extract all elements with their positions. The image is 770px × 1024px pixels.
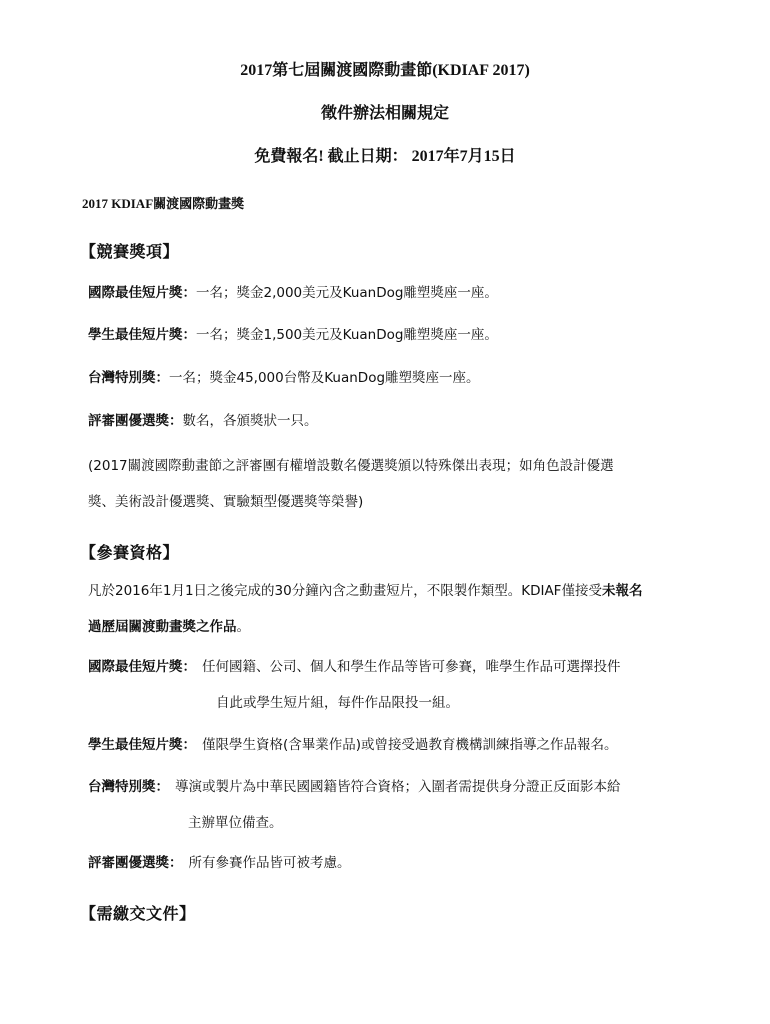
eligibility-intro-emphasis: 過歷屆關渡動畫獎之作品 [88, 619, 237, 635]
eligibility-item: 台灣特別獎：導演或製片為中華民國國籍皆符合資格；入圍者需提供身分證正反面影本給 [88, 781, 621, 795]
eligibility-text: 導演或製片為中華民國國籍皆符合資格；入圍者需提供身分證正反面影本給 [175, 779, 621, 795]
award-item: 學生最佳短片獎：一名；獎金1,500美元及KuanDog雕塑獎座一座。 [88, 329, 498, 343]
award-item: 國際最佳短片獎：一名；獎金2,000美元及KuanDog雕塑獎座一座。 [88, 287, 498, 301]
award-label: 評審團優選獎： [88, 413, 183, 429]
document-subtitle: 徵件辦法相關規定 [0, 106, 770, 122]
eligibility-text: 僅限學生資格(含畢業作品)或曾接受過教育機構訓練指導之作品報名。 [202, 737, 618, 753]
eligibility-item: 國際最佳短片獎：任何國籍、公司、個人和學生作品等皆可參賽，唯學生作品可選擇投件 [88, 661, 621, 675]
award-text: 一名；獎金1,500美元及KuanDog雕塑獎座一座。 [196, 327, 498, 343]
eligibility-text: 任何國籍、公司、個人和學生作品等皆可參賽，唯學生作品可選擇投件 [202, 659, 621, 675]
award-label: 學生最佳短片獎： [88, 327, 196, 343]
awards-note-line1: (2017關渡國際動畫節之評審團有權增設數名優選獎頒以特殊傑出表現；如角色設計優… [88, 460, 614, 474]
award-item: 評審團優選獎：數名，各頒獎狀一只。 [88, 415, 318, 429]
deadline-line: 免費報名! 截止日期： 2017年7月15日 [0, 149, 770, 165]
eligibility-intro-line2: 過歷屆關渡動畫獎之作品。 [88, 621, 250, 635]
document-title: 2017第七屆關渡國際動畫節(KDIAF 2017) [0, 63, 770, 79]
award-item: 台灣特別獎：一名；獎金45,000台幣及KuanDog雕塑獎座一座。 [88, 372, 480, 386]
award-program-heading: 2017 KDIAF關渡國際動畫獎 [82, 197, 244, 210]
eligibility-label: 學生最佳短片獎： [88, 737, 196, 753]
eligibility-intro-emphasis: 未報名 [602, 583, 643, 599]
section-heading-documents: 【需繳交文件】 [80, 906, 196, 922]
eligibility-intro-text: 凡於2016年1月1日之後完成的30分鐘內含之動畫短片，不限製作類型。KDIAF… [88, 583, 602, 599]
eligibility-label: 國際最佳短片獎： [88, 659, 196, 675]
award-label: 台灣特別獎： [88, 370, 169, 386]
award-label: 國際最佳短片獎： [88, 285, 196, 301]
section-heading-eligibility: 【參賽資格】 [80, 545, 179, 561]
award-text: 一名；獎金45,000台幣及KuanDog雕塑獎座一座。 [169, 370, 480, 386]
eligibility-label: 評審團優選獎： [88, 855, 183, 871]
eligibility-intro-line1: 凡於2016年1月1日之後完成的30分鐘內含之動畫短片，不限製作類型。KDIAF… [88, 585, 642, 599]
eligibility-label: 台灣特別獎： [88, 779, 169, 795]
award-text: 一名；獎金2,000美元及KuanDog雕塑獎座一座。 [196, 285, 498, 301]
eligibility-text-continued: 自此或學生短片組，每件作品限投一組。 [216, 697, 459, 711]
eligibility-intro-end: 。 [237, 619, 251, 635]
section-heading-awards: 【競賽獎項】 [80, 244, 179, 260]
eligibility-text: 所有參賽作品皆可被考慮。 [189, 855, 351, 871]
eligibility-text-continued: 主辦單位備查。 [188, 817, 283, 831]
eligibility-item: 學生最佳短片獎：僅限學生資格(含畢業作品)或曾接受過教育機構訓練指導之作品報名。 [88, 739, 618, 753]
eligibility-item: 評審團優選獎：所有參賽作品皆可被考慮。 [88, 857, 351, 871]
awards-note-line2: 獎、美術設計優選獎、實驗類型優選獎等榮譽) [88, 496, 363, 510]
award-text: 數名，各頒獎狀一只。 [183, 413, 318, 429]
